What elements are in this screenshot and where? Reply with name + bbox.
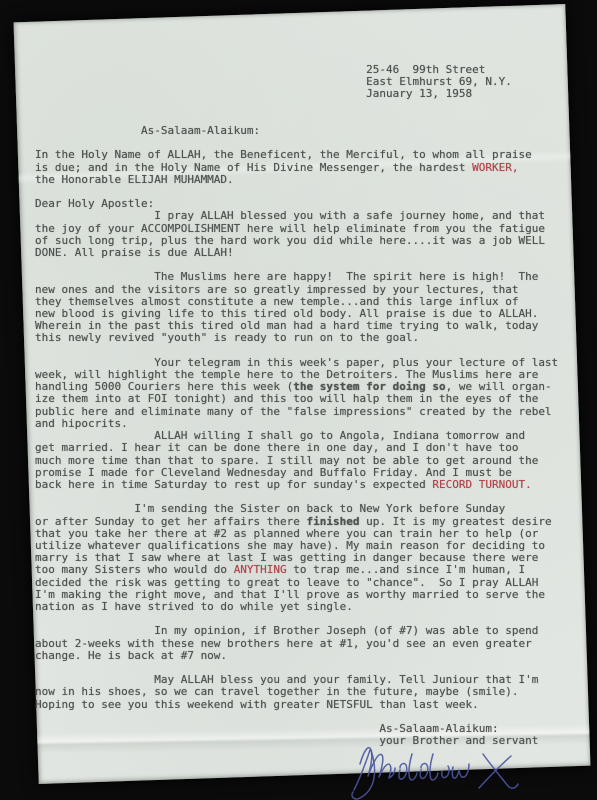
letter-segment-bold: finished	[307, 515, 360, 528]
letter-segment: Dear Holy Apostle:	[35, 197, 154, 210]
scan-background: 25-46 99th Street East Elmhurst 69, N.Y.…	[0, 0, 597, 800]
letter-segment: much more time than that to spare. I sti…	[35, 454, 538, 467]
letter-segment: In my opinion, if Brother Joseph (of #7)…	[35, 624, 538, 637]
letter-segment: utilize whatever qualifications she may …	[35, 539, 545, 552]
letter-segment: and hipocrits.	[35, 417, 128, 430]
letter-segment: to trap me...and since I'm human, I	[287, 563, 525, 576]
letter-line: January 13, 1958	[35, 88, 580, 100]
signature-ink	[348, 738, 533, 800]
letter-segment: this newly revived "youth" is ready to r…	[35, 331, 419, 344]
letter-segment: promise I made for Cleveland Wednesday a…	[35, 466, 512, 479]
letter-line: DONE. All praise is due ALLAH!	[35, 247, 580, 259]
letter-segment: ALLAH willing I shall go to Angola, Indi…	[35, 429, 525, 442]
letter-line: this newly revived "youth" is ready to r…	[35, 332, 580, 344]
letter-line	[35, 101, 580, 113]
letter-segment: Your telegram in this week's paper, plus…	[35, 356, 558, 369]
letter-segment: they themselves almost constitute a new …	[35, 295, 518, 308]
letter-segment: back here in time Saturday to rest up fo…	[35, 478, 432, 491]
letter-segment: change. He is back at #7 now.	[35, 649, 227, 662]
letter-segment: new blood is giving life to this tired o…	[35, 307, 538, 320]
letter-segment: May ALLAH bless you and your family. Tel…	[35, 673, 538, 686]
letter-segment: new ones and the visitors are so greatly…	[35, 283, 518, 296]
letter-segment: I'm sending the Sister on back to New Yo…	[35, 502, 505, 515]
letter-segment: I'm making the right move, and that I'll…	[35, 588, 545, 601]
letter-segment: decided the risk was getting to great to…	[35, 576, 538, 589]
letter-segment: 25-46 99th Street	[35, 63, 485, 76]
letter-segment: Wherein in the past this tired old man h…	[35, 319, 538, 332]
letter-line: change. He is back at #7 now.	[35, 650, 580, 662]
letter-segment: As-Salaam-Alaikum:	[35, 124, 260, 137]
letter-segment: As-Salaam-Alaikum:	[35, 722, 499, 735]
letter-segment: In the Holy Name of ALLAH, the Beneficen…	[35, 148, 532, 161]
letter-segment: that you take her there at #2 as planned…	[35, 527, 538, 540]
letter-segment: Hoping to see you this weekend with grea…	[35, 698, 479, 711]
letter-segment: get married. I hear it can be done there…	[35, 441, 518, 454]
letter-segment: or after Sunday to get her affairs there	[35, 515, 307, 528]
letter-line: nation as I have strived to do while yet…	[35, 601, 580, 613]
letter-line: Hoping to see you this weekend with grea…	[35, 699, 580, 711]
letter-segment-red: RECORD TURNOUT.	[432, 478, 531, 491]
letter-segment-red: ANYTHING	[234, 563, 287, 576]
letter-segment: now in his shoes, so we can travel toget…	[35, 685, 518, 698]
letter-segment: too many Sisters who would do	[35, 563, 234, 576]
letter-segment: , we will organ-	[446, 380, 552, 393]
letter-line: the Honorable ELIJAH MUHAMMAD.	[35, 174, 580, 186]
letter-segment: of such long trip, plus the hard work yo…	[35, 234, 545, 247]
letter-segment: the joy of your ACCOMPOLISHMENT here wil…	[35, 222, 545, 235]
letter-segment: about 2-weeks with these new brothers he…	[35, 637, 532, 650]
letter-segment-bold: the system for doing so	[293, 380, 445, 393]
letter-segment: is due; and in the Holy Name of His Divi…	[35, 161, 472, 174]
letter-body: 25-46 99th Street East Elmhurst 69, N.Y.…	[35, 64, 580, 747]
letter-segment: nation as I have strived to do while yet…	[35, 600, 353, 613]
malcolm-x-signature	[348, 738, 533, 800]
letter-segment: I pray ALLAH blessed you with a safe jou…	[35, 209, 545, 222]
letter-segment: up. It is my greatest desire	[360, 515, 552, 528]
letter-segment: ize them into at FOI tonight) and this t…	[35, 392, 538, 405]
letter-line: As-Salaam-Alaikum:	[35, 125, 580, 137]
letter-segment: The Muslims here are happy! The spirit h…	[35, 270, 538, 283]
letter-segment: handling 5000 Couriers here this week (	[35, 380, 293, 393]
letter-segment: East Elmhurst 69, N.Y.	[35, 75, 512, 88]
letter-segment: public here and eliminate many of the "f…	[35, 405, 552, 418]
letter-segment-red: WORKER,	[472, 161, 518, 174]
letter-line: back here in time Saturday to rest up fo…	[35, 479, 580, 491]
letter-segment: the Honorable ELIJAH MUHAMMAD.	[35, 173, 234, 186]
letter-segment: January 13, 1958	[35, 87, 472, 100]
letter-segment: DONE. All praise is due ALLAH!	[35, 246, 234, 259]
letter-segment: marry is that I saw where at last I was …	[35, 551, 538, 564]
